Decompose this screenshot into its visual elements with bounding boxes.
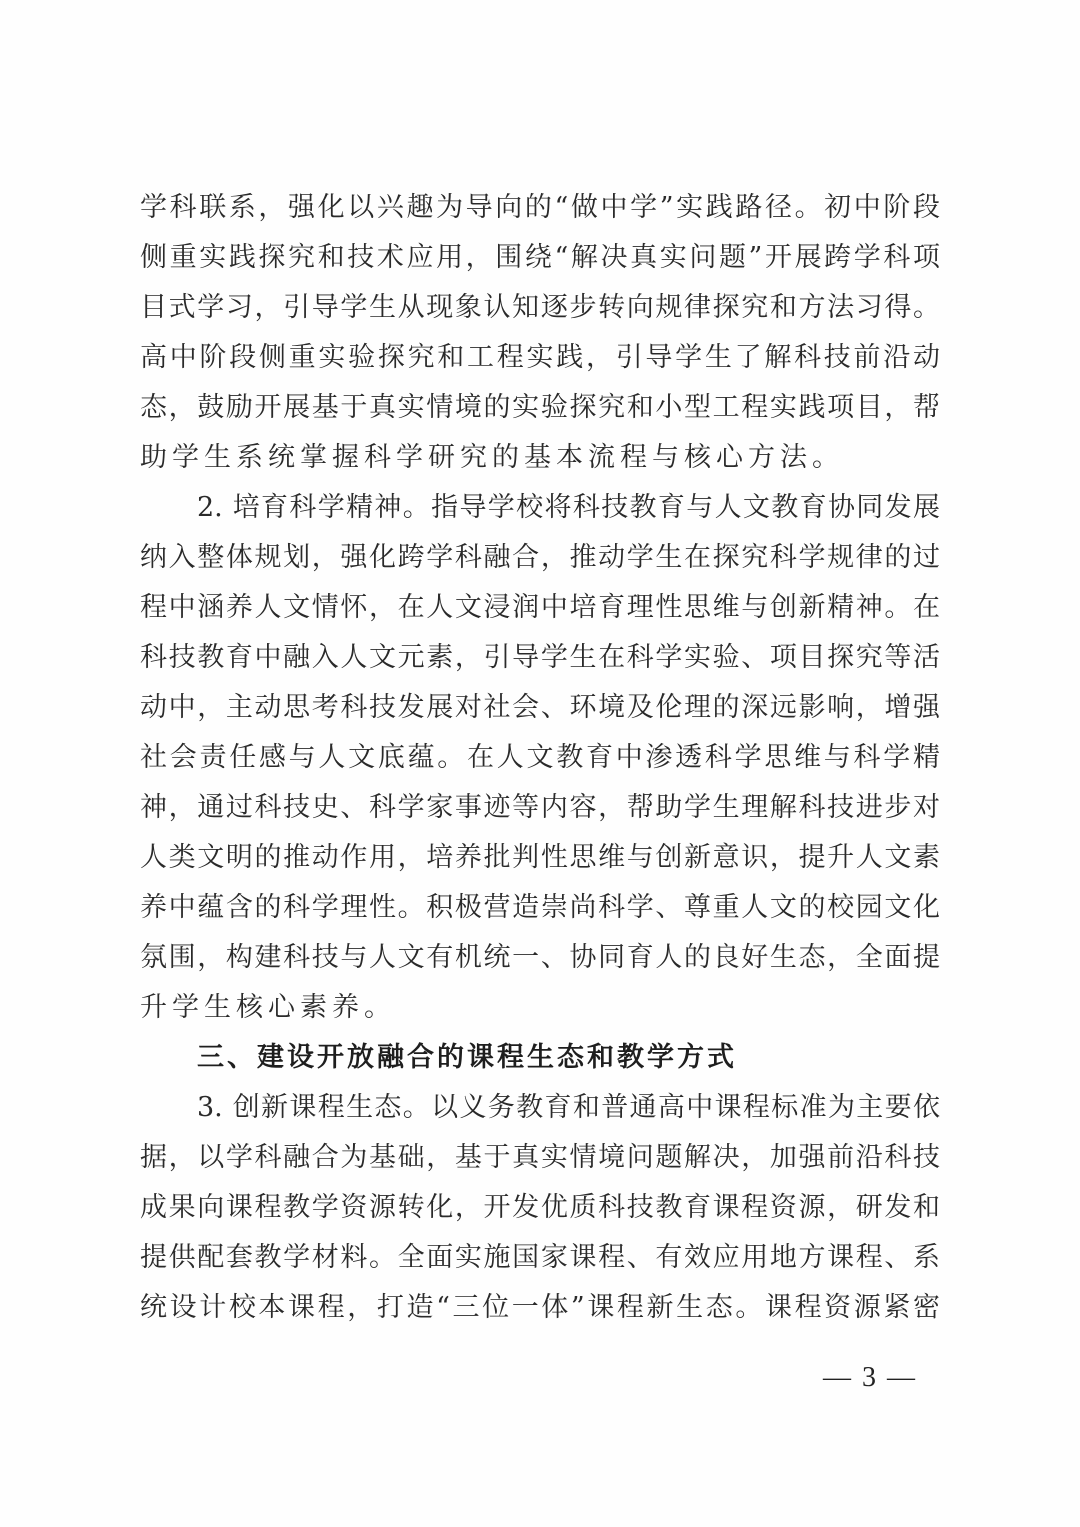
text-line: 学科联系，强化以兴趣为导向的“做中学”实践路径。初中阶段	[140, 183, 940, 233]
document-page: 学科联系，强化以兴趣为导向的“做中学”实践路径。初中阶段 侧重实践探究和技术应用…	[0, 0, 1080, 1527]
text-line: 动中，主动思考科技发展对社会、环境及伦理的深远影响，增强	[140, 683, 940, 733]
text-line: 氛围，构建科技与人文有机统一、协同育人的良好生态，全面提	[140, 933, 940, 983]
text-line: 升学生核心素养。	[140, 983, 940, 1033]
paragraph-2: 2. 培育科学精神。指导学校将科技教育与人文教育协同发展 纳入整体规划，强化跨学…	[140, 483, 940, 1033]
text-line: 目式学习，引导学生从现象认知逐步转向规律探究和方法习得。	[140, 283, 940, 333]
text-line: 提供配套教学材料。全面实施国家课程、有效应用地方课程、系	[140, 1233, 940, 1283]
text-line: 程中涵养人文情怀，在人文浸润中培育理性思维与创新精神。在	[140, 583, 940, 633]
text-line: 3. 创新课程生态。以义务教育和普通高中课程标准为主要依	[140, 1083, 940, 1133]
page-number: — 3 —	[820, 1362, 920, 1394]
text-line: 侧重实践探究和技术应用，围绕“解决真实问题”开展跨学科项	[140, 233, 940, 283]
section-heading: 三、建设开放融合的课程生态和教学方式	[140, 1033, 940, 1083]
text-line: 社会责任感与人文底蕴。在人文教育中渗透科学思维与科学精	[140, 733, 940, 783]
text-line: 神，通过科技史、科学家事迹等内容，帮助学生理解科技进步对	[140, 783, 940, 833]
text-line: 科技教育中融入人文元素，引导学生在科学实验、项目探究等活	[140, 633, 940, 683]
text-line: 据，以学科融合为基础，基于真实情境问题解决，加强前沿科技	[140, 1133, 940, 1183]
text-line: 成果向课程教学资源转化，开发优质科技教育课程资源，研发和	[140, 1183, 940, 1233]
text-line: 养中蕴含的科学理性。积极营造崇尚科学、尊重人文的校园文化	[140, 883, 940, 933]
text-line: 人类文明的推动作用，培养批判性思维与创新意识，提升人文素	[140, 833, 940, 883]
text-line: 2. 培育科学精神。指导学校将科技教育与人文教育协同发展	[140, 483, 940, 533]
text-line: 统设计校本课程，打造“三位一体”课程新生态。课程资源紧密	[140, 1283, 940, 1333]
text-line: 助学生系统掌握科学研究的基本流程与核心方法。	[140, 433, 940, 483]
text-line: 纳入整体规划，强化跨学科融合，推动学生在探究科学规律的过	[140, 533, 940, 583]
paragraph-1: 学科联系，强化以兴趣为导向的“做中学”实践路径。初中阶段 侧重实践探究和技术应用…	[140, 183, 940, 483]
text-line: 态，鼓励开展基于真实情境的实验探究和小型工程实践项目，帮	[140, 383, 940, 433]
text-line: 高中阶段侧重实验探究和工程实践，引导学生了解科技前沿动	[140, 333, 940, 383]
document-body: 学科联系，强化以兴趣为导向的“做中学”实践路径。初中阶段 侧重实践探究和技术应用…	[140, 183, 940, 1333]
paragraph-3: 3. 创新课程生态。以义务教育和普通高中课程标准为主要依 据，以学科融合为基础，…	[140, 1083, 940, 1333]
